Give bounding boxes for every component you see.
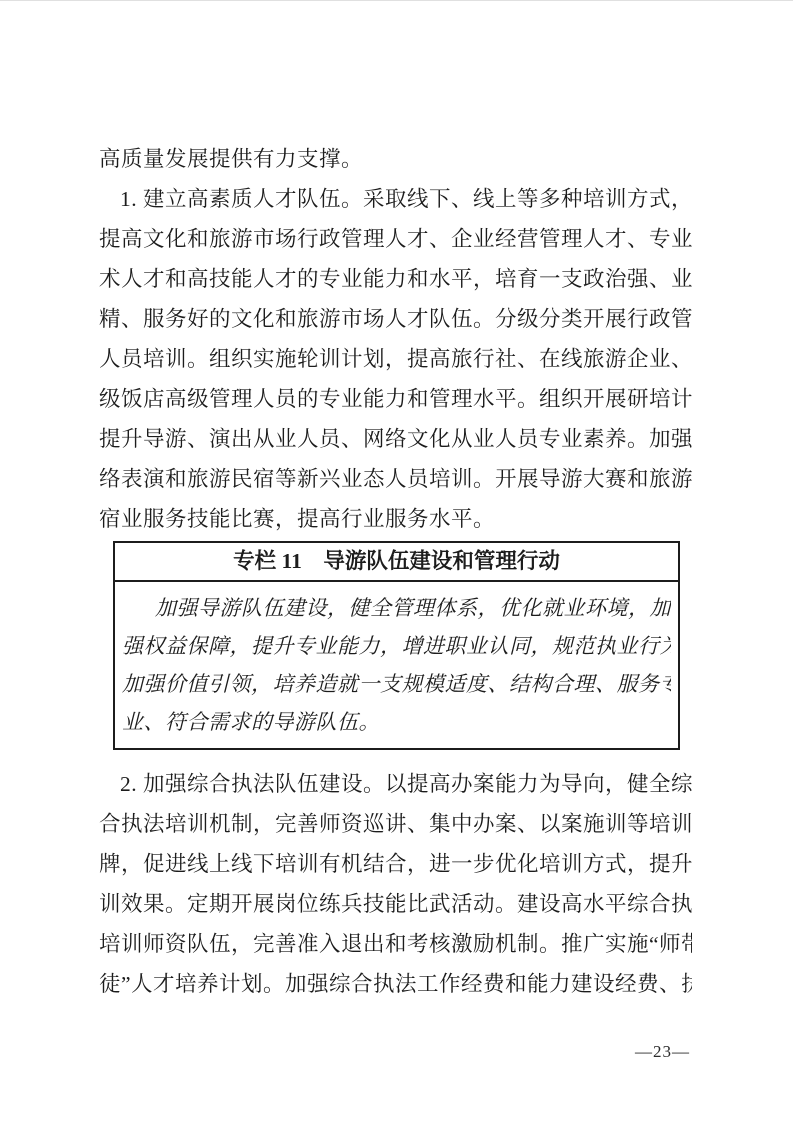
text-line: 牌，促进线上线下培训有机结合，进一步优化培训方式，提升培 <box>99 844 692 884</box>
paragraph-2: 2. 加强综合执法队伍建设。以提高办案能力为导向，健全综 合执法培训机制，完善师… <box>99 764 692 1004</box>
callout-box: 专栏 11 导游队伍建设和管理行动 加强导游队伍建设，健全管理体系，优化就业环境… <box>113 541 680 750</box>
text-line: 提升导游、演出从业人员、网络文化从业人员专业素养。加强网 <box>99 419 692 459</box>
text-line: 1. 建立高素质人才队伍。采取线下、线上等多种培训方式， <box>99 179 692 219</box>
text-line: 合执法培训机制，完善师资巡讲、集中办案、以案施训等培训品 <box>99 804 692 844</box>
text-line: 业、符合需求的导游队伍。 <box>122 703 671 741</box>
page-body: 高质量发展提供有力支撑。 1. 建立高素质人才队伍。采取线下、线上等多种培训方式… <box>99 139 692 1004</box>
text-line: 强权益保障，提升专业能力，增进职业认同，规范执业行为， <box>122 627 671 665</box>
document-page: 高质量发展提供有力支撑。 1. 建立高素质人才队伍。采取线下、线上等多种培训方式… <box>0 0 793 1122</box>
callout-box-title: 专栏 11 导游队伍建设和管理行动 <box>115 543 678 582</box>
paragraph-1: 1. 建立高素质人才队伍。采取线下、线上等多种培训方式， 提高文化和旅游市场行政… <box>99 179 692 539</box>
text-line: 培训师资队伍，完善准入退出和考核激励机制。推广实施“师带 <box>99 924 692 964</box>
callout-box-body: 加强导游队伍建设，健全管理体系，优化就业环境，加 强权益保障，提升专业能力，增进… <box>115 582 678 748</box>
text-line: 2. 加强综合执法队伍建设。以提高办案能力为导向，健全综 <box>99 764 692 804</box>
text-line: 高质量发展提供有力支撑。 <box>99 139 692 179</box>
text-line: 徒”人才培养计划。加强综合执法工作经费和能力建设经费、执 <box>99 964 692 1004</box>
text-line: 加强价值引领，培养造就一支规模适度、结构合理、服务专 <box>122 665 671 703</box>
text-line: 精、服务好的文化和旅游市场人才队伍。分级分类开展行政管理 <box>99 299 692 339</box>
text-line: 术人才和高技能人才的专业能力和水平，培育一支政治强、业务 <box>99 259 692 299</box>
text-line: 宿业服务技能比赛，提高行业服务水平。 <box>99 499 692 539</box>
text-line: 络表演和旅游民宿等新兴业态人员培训。开展导游大赛和旅游住 <box>99 459 692 499</box>
text-line: 加强导游队伍建设，健全管理体系，优化就业环境，加 <box>122 589 671 627</box>
page-number: —23— <box>635 1042 690 1062</box>
text-line: 训效果。定期开展岗位练兵技能比武活动。建设高水平综合执法 <box>99 884 692 924</box>
text-line: 人员培训。组织实施轮训计划，提高旅行社、在线旅游企业、星 <box>99 339 692 379</box>
text-line: 级饭店高级管理人员的专业能力和管理水平。组织开展研培计划， <box>99 379 692 419</box>
text-line: 提高文化和旅游市场行政管理人才、企业经营管理人才、专业技 <box>99 219 692 259</box>
